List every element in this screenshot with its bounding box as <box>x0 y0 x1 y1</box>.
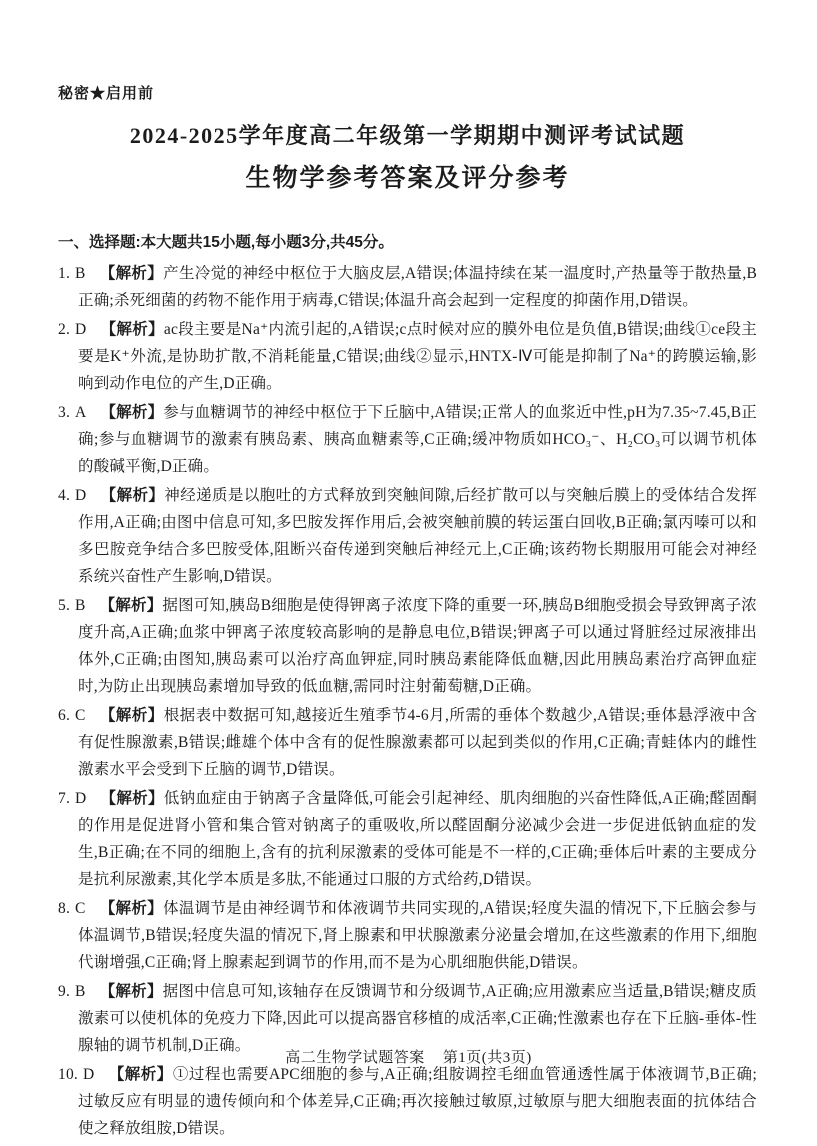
analysis-label: 【解析】 <box>100 487 164 504</box>
answer-letter: B <box>75 983 86 1000</box>
footer-document-name: 高二生物学试题答案 <box>285 1050 425 1066</box>
question-number: 3. <box>58 404 70 421</box>
answer-item: 10.D【解析】①过程也需要APC细胞的参与,A正确;组胺调控毛细血管通透性属于… <box>58 1061 757 1142</box>
analysis-text: ac段主要是Na⁺内流引起的,A错误;c点时候对应的膜外电位是负值,B错误;曲线… <box>78 321 757 392</box>
analysis-text: 根据表中数据可知,越接近生殖季节4-6月,所需的垂体个数越少,A错误;垂体悬浮液… <box>78 707 757 778</box>
analysis-label: 【解析】 <box>100 900 163 917</box>
question-number: 6. <box>58 707 70 724</box>
classification-label: 秘密★启用前 <box>58 0 757 103</box>
analysis-text: ①过程也需要APC细胞的参与,A正确;组胺调控毛细血管通透性属于体液调节,B正确… <box>78 1066 757 1137</box>
answer-item: 7.D【解析】低钠血症由于钠离子含量降低,可能会引起神经、肌肉细胞的兴奋性降低,… <box>58 785 757 893</box>
analysis-label: 【解析】 <box>108 1066 172 1083</box>
question-number: 5. <box>58 597 70 614</box>
answer-letter: D <box>75 790 86 807</box>
analysis-label: 【解析】 <box>100 265 164 282</box>
answer-letter: C <box>75 707 86 724</box>
answer-item: 2.D【解析】ac段主要是Na⁺内流引起的,A错误;c点时候对应的膜外电位是负值… <box>58 316 757 397</box>
analysis-label: 【解析】 <box>100 707 164 724</box>
analysis-label: 【解析】 <box>100 597 163 614</box>
page-subtitle: 生物学参考答案及评分参考 <box>58 158 757 194</box>
footer-page-number: 第1页(共3页) <box>443 1050 532 1066</box>
answer-letter: D <box>75 321 86 338</box>
analysis-label: 【解析】 <box>100 983 163 1000</box>
answer-item: 3.A【解析】参与血糖调节的神经中枢位于下丘脑中,A错误;正常人的血浆近中性,p… <box>58 399 757 480</box>
analysis-label: 【解析】 <box>100 404 163 421</box>
answer-list: 1.B【解析】产生冷觉的神经中枢位于大脑皮层,A错误;体温持续在某一温度时,产热… <box>58 260 757 1142</box>
answer-item: 4.D【解析】神经递质是以胞吐的方式释放到突触间隙,后经扩散可以与突触后膜上的受… <box>58 482 757 590</box>
section-heading: 一、选择题:本大题共15小题,每小题3分,共45分。 <box>58 230 757 252</box>
answer-item: 6.C【解析】根据表中数据可知,越接近生殖季节4-6月,所需的垂体个数越少,A错… <box>58 702 757 783</box>
question-number: 2. <box>58 321 70 338</box>
analysis-text: 低钠血症由于钠离子含量降低,可能会引起神经、肌肉细胞的兴奋性降低,A正确;醛固酮… <box>78 790 757 888</box>
exam-answer-page: 秘密★启用前 2024-2025学年度高二年级第一学期期中测评考试试题 生物学参… <box>0 0 817 1146</box>
analysis-text: 据图中信息可知,该轴存在反馈调节和分级调节,A正确;应用激素应当适量,B错误;糖… <box>78 983 757 1054</box>
page-title: 2024-2025学年度高二年级第一学期期中测评考试试题 <box>58 119 757 150</box>
question-number: 4. <box>58 487 70 504</box>
answer-letter: C <box>75 900 86 917</box>
answer-letter: B <box>75 265 86 282</box>
answer-letter: B <box>75 597 86 614</box>
analysis-text: 神经递质是以胞吐的方式释放到突触间隙,后经扩散可以与突触后膜上的受体结合发挥作用… <box>78 487 757 585</box>
analysis-text: 参与血糖调节的神经中枢位于下丘脑中,A错误;正常人的血浆近中性,pH为7.35~… <box>78 404 757 475</box>
question-number: 9. <box>58 983 70 1000</box>
analysis-label: 【解析】 <box>100 321 163 338</box>
analysis-text: 据图可知,胰岛B细胞是使得钾离子浓度下降的重要一环,胰岛B细胞受损会导致钾离子浓… <box>78 597 757 695</box>
answer-letter: A <box>75 404 86 421</box>
question-number: 8. <box>58 900 70 917</box>
analysis-label: 【解析】 <box>100 790 163 807</box>
answer-letter: D <box>83 1066 94 1083</box>
answer-letter: D <box>75 487 86 504</box>
answer-item: 8.C【解析】体温调节是由神经调节和体液调节共同实现的,A错误;轻度失温的情况下… <box>58 895 757 976</box>
answer-item: 5.B【解析】据图可知,胰岛B细胞是使得钾离子浓度下降的重要一环,胰岛B细胞受损… <box>58 592 757 700</box>
page-footer: 高二生物学试题答案第1页(共3页) <box>0 1046 817 1067</box>
question-number: 10. <box>58 1066 78 1083</box>
analysis-text: 体温调节是由神经调节和体液调节共同实现的,A错误;轻度失温的情况下,下丘脑会参与… <box>78 900 757 971</box>
analysis-text: 产生冷觉的神经中枢位于大脑皮层,A错误;体温持续在某一温度时,产热量等于散热量,… <box>78 265 757 309</box>
answer-item: 1.B【解析】产生冷觉的神经中枢位于大脑皮层,A错误;体温持续在某一温度时,产热… <box>58 260 757 314</box>
question-number: 7. <box>58 790 70 807</box>
question-number: 1. <box>58 265 70 282</box>
